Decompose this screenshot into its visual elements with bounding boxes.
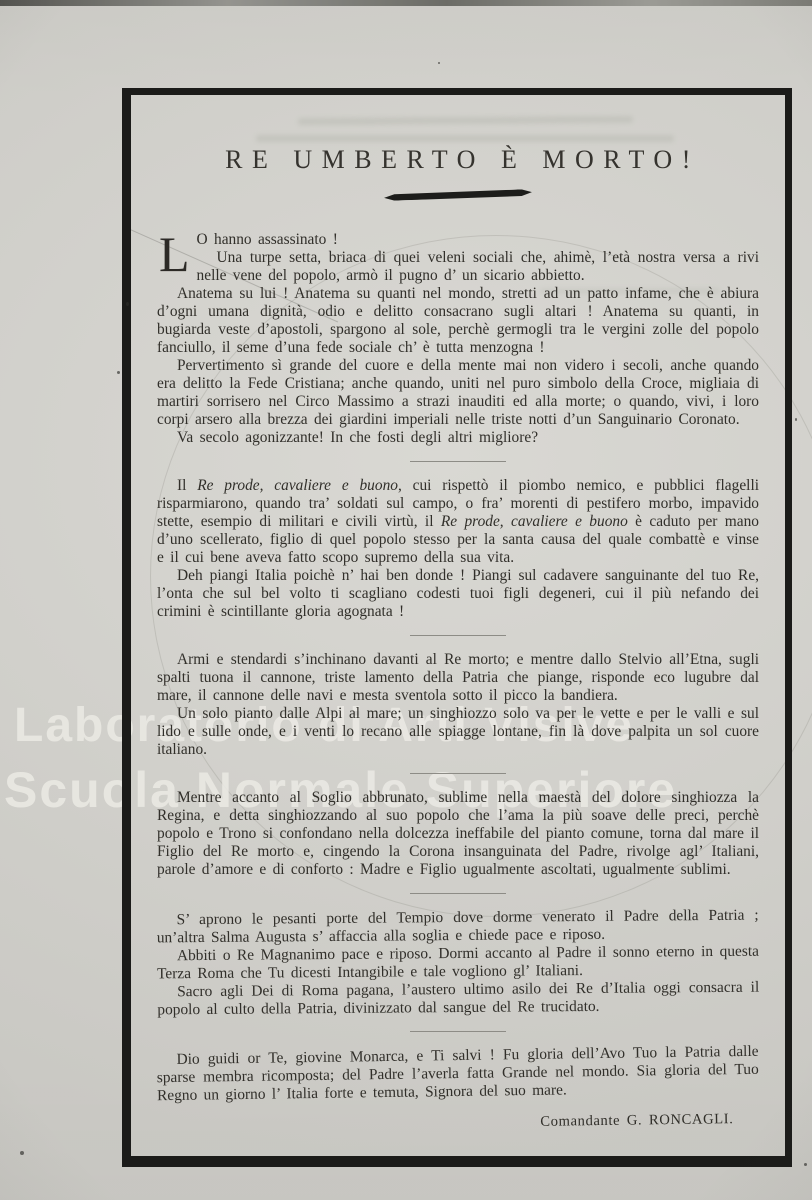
document-frame: RE UMBERTO È MORTO! L O hanno assassinat… (122, 88, 792, 1167)
dust-speck (20, 1151, 24, 1155)
section-divider-rule (410, 1031, 506, 1032)
section-divider-rule (410, 461, 506, 462)
drop-cap: L (159, 234, 190, 280)
paragraph: Mentre accanto al Soglio abbrunato, subl… (157, 789, 759, 879)
title-divider-rule (384, 189, 532, 201)
italic-run: Re prode, cavaliere e buono (441, 513, 628, 530)
section-tempio: S’ aprono le pesanti porte del Tempio do… (157, 907, 760, 1020)
paragraph: Sacro agli Dei di Roma pagana, l’austero… (157, 979, 759, 1020)
paragraph: O hanno assassinato ! (157, 231, 759, 249)
section-divider-rule (410, 773, 506, 774)
italic-run: Re prode, cavaliere e buono (197, 477, 398, 494)
dust-speck (804, 1163, 807, 1166)
dust-speck (795, 418, 797, 421)
paragraph: Una turpe setta, briaca di quei veleni s… (157, 249, 759, 285)
section-divider-rule (410, 893, 506, 894)
section-opening: L O hanno assassinato ! Una turpe setta,… (157, 231, 759, 447)
scan-top-edge (0, 0, 812, 6)
paragraph: Il Re prode, cavaliere e buono, cui risp… (157, 477, 759, 567)
text-run: Il (177, 477, 197, 494)
page-title: RE UMBERTO È MORTO! (157, 145, 759, 175)
signature: Comandante G. RONCAGLI. (157, 1110, 759, 1136)
dust-speck (117, 371, 120, 374)
section-closing: Dio guidi or Te, giovine Monarca, e Ti s… (156, 1043, 759, 1136)
dust-speck (438, 62, 440, 64)
paragraph: S’ aprono le pesanti porte del Tempio do… (157, 907, 759, 948)
dust-speck (126, 302, 129, 306)
section-divider-rule (410, 635, 506, 636)
paragraph: Anatema su lui ! Anatema su quanti nel m… (157, 285, 759, 357)
paragraph: Pervertimento sì grande del cuore e dell… (157, 357, 759, 429)
paragraph: Deh piangi Italia poichè n’ hai ben dond… (157, 567, 759, 621)
section-re-prode: Il Re prode, cavaliere e buono, cui risp… (157, 477, 759, 621)
document-body: L O hanno assassinato ! Una turpe setta,… (157, 231, 759, 1132)
section-armi: Armi e stendardi s’inchinano davanti al … (157, 651, 759, 759)
paragraph: Dio guidi or Te, giovine Monarca, e Ti s… (156, 1043, 759, 1105)
paragraph: Abbiti o Re Magnanimo pace e riposo. Dor… (157, 943, 759, 984)
section-regina: Mentre accanto al Soglio abbrunato, subl… (157, 789, 759, 879)
paragraph: Armi e stendardi s’inchinano davanti al … (157, 651, 759, 705)
paragraph: Un solo pianto dalle Alpi al mare; un si… (157, 705, 759, 759)
paragraph: Va secolo agonizzante! In che fosti degl… (157, 429, 759, 447)
